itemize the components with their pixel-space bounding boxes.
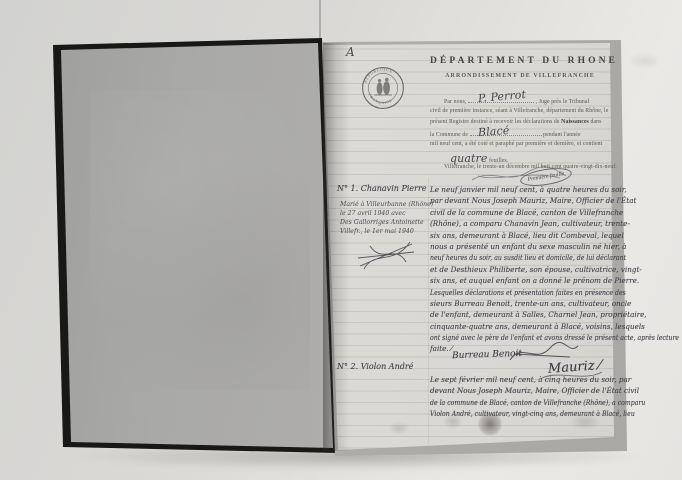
ink-smudge xyxy=(443,414,463,429)
margin-paraph-scribble-icon xyxy=(356,236,418,272)
header-department: DÉPARTEMENT DU RHONE xyxy=(430,56,610,66)
act1-line: (Rhône), a comparu Chanavin Jean, cultiv… xyxy=(430,218,610,229)
act2-margin-title: N° 2. Violon André xyxy=(337,362,413,371)
preamble-line-4: la Commune de pendant l'année Blacé xyxy=(430,130,610,138)
margin-note-line: Marié à Villeurbanne (Rhône) xyxy=(340,200,433,209)
act1-line: nous a présenté un enfant du sexe mascul… xyxy=(430,241,610,252)
background-stain xyxy=(628,52,662,70)
ink-smudge xyxy=(478,412,502,436)
margin-note-line: le 27 avril 1940 avec xyxy=(340,209,433,218)
preamble-text: Par nous, xyxy=(444,99,466,105)
folio-mark: A xyxy=(346,45,355,59)
preamble-naissances: Naissances xyxy=(561,119,589,125)
margin-note-line: Villefr., le 1er mai 1940 xyxy=(340,227,433,236)
act1-line: civil de la commune de Blacé, canton de … xyxy=(430,207,610,218)
act2-line: de la commune de Blacé, canton de Villef… xyxy=(430,397,585,408)
preamble-line-3: présent Registre destiné à recevoir les … xyxy=(430,119,610,125)
preamble-line-5: mil neuf cent, a été coté et paraphé par… xyxy=(430,141,610,147)
preamble-line-2: civil de première instance, séant à Vill… xyxy=(430,108,610,114)
act1-line: et de Desthieux Philiberte, son épouse, … xyxy=(430,264,610,275)
act1-line: Lesquelles déclarations et présentation … xyxy=(430,287,585,298)
act1-line: neuf heures du soir, au susdit lieu et d… xyxy=(430,252,585,263)
republique-francaise-seal-icon: RÉPUBLIQUE FRANÇAISE xyxy=(361,66,405,110)
act1-line: six ans, demeurant à Blacé, lieu dit Com… xyxy=(430,230,610,241)
handwritten-commune: Blacé xyxy=(478,124,510,139)
act1-line: par devant Nous Joseph Mauriz, Maire, Of… xyxy=(430,195,610,206)
header-arrondissement: ARRONDISSEMENT DE VILLEFRANCHE xyxy=(430,73,610,79)
act1-body: Le neuf janvier mil neuf cent, à quatre … xyxy=(430,184,610,355)
ink-smudge xyxy=(570,414,600,430)
preamble-text: , Juge près le Tribunal xyxy=(536,99,590,105)
margin-note-line: Des Gallorriges Antoinette xyxy=(340,218,433,227)
act1-line: cinquante-quatre ans, demeurant à Blacé,… xyxy=(430,321,610,332)
preamble-line-1: Par nous, , Juge près le Tribunal P. Per… xyxy=(430,97,610,105)
act1-line: de l'enfant, demeurant à Salles, Charnel… xyxy=(430,309,610,320)
preamble-text: dans xyxy=(590,119,601,125)
act1-line: Le neuf janvier mil neuf cent, à quatre … xyxy=(430,184,610,195)
preamble-text: la Commune de xyxy=(430,132,468,138)
left-page-mottling xyxy=(90,90,310,390)
act1-margin-title: N° 1. Chanavin Pierre xyxy=(337,184,427,193)
act1-margin-note: Marié à Villeurbanne (Rhône) le 27 avril… xyxy=(340,200,433,236)
ink-smudge xyxy=(388,422,410,435)
scanned-register-spread: A RÉPUBLIQUE FRANÇAISE DÉPARTEMENT DU RH… xyxy=(0,0,682,480)
act1-line: sieurs Burreau Benoit, trente-un ans, cu… xyxy=(430,298,610,309)
act2-line: devant Nous Joseph Mauriz, Maire, Offici… xyxy=(430,385,610,396)
act1-line: six ans, et auquel enfant on a donné le … xyxy=(430,275,610,286)
act2-body: Le sept février mil neuf cent, à cinq he… xyxy=(430,374,610,420)
seal-figure-right xyxy=(383,81,390,95)
act2-line: Le sept février mil neuf cent, à cinq he… xyxy=(430,374,610,385)
book-gutter-shadow xyxy=(323,43,350,451)
preamble-text: pendant l'année xyxy=(543,132,580,138)
seal-figure-left xyxy=(377,82,383,94)
